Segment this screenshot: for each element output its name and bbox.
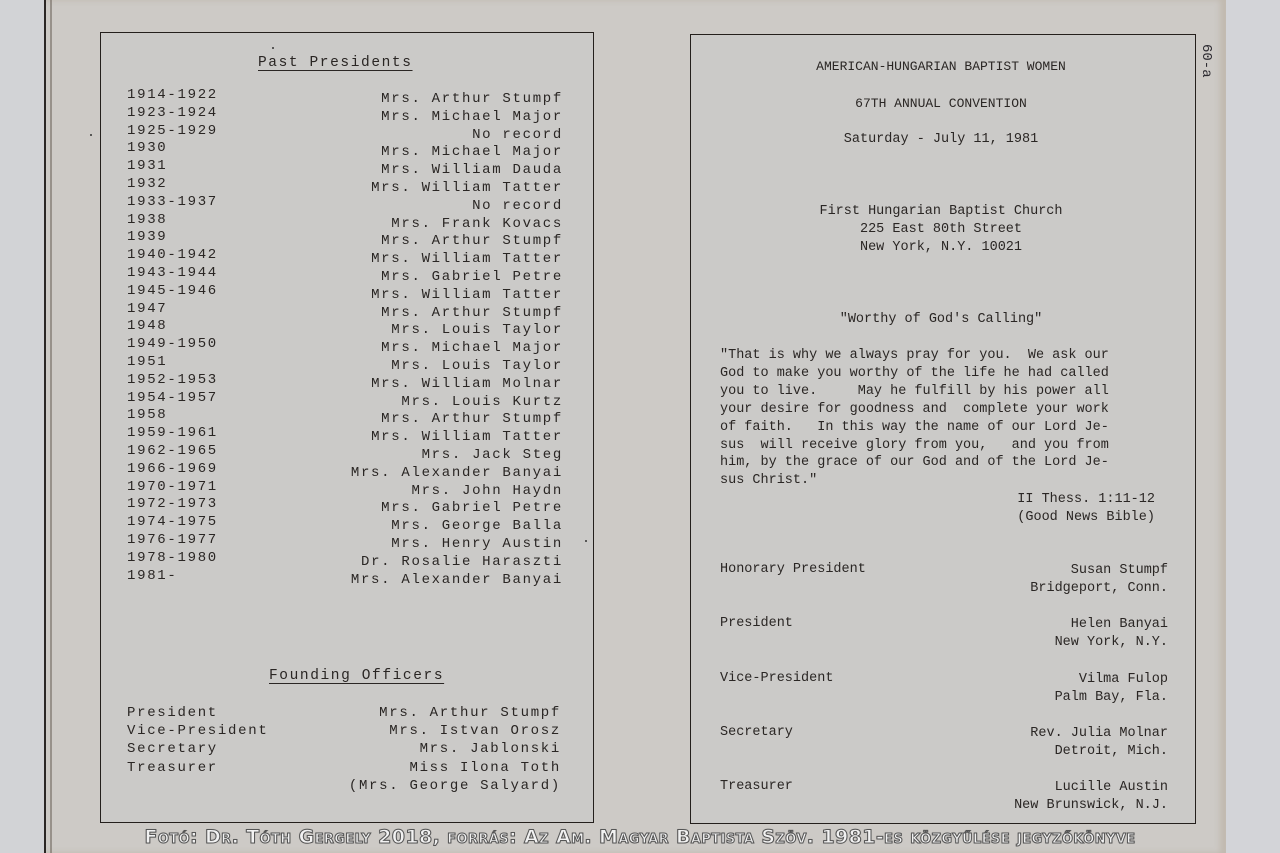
photo-credit-caption: Fotó: Dr. Tóth Gergely 2018, forrás: Az … xyxy=(0,826,1280,848)
president-name: No record xyxy=(472,127,563,143)
president-name: Mrs. Michael Major xyxy=(381,340,563,356)
officer-name: Susan Stumpf xyxy=(1030,562,1168,580)
officer-location: Bridgeport, Conn. xyxy=(1030,580,1168,598)
officer-name: Helen Banyai xyxy=(1055,616,1168,634)
president-name: Mrs. Louis Taylor xyxy=(391,358,563,374)
officer-name: Rev. Julia Molnar xyxy=(1030,725,1168,743)
term-years: 1978-1980 xyxy=(127,550,218,566)
paper-speck xyxy=(585,540,587,542)
term-years: 1945-1946 xyxy=(127,283,218,299)
page-number: 60-a xyxy=(1198,44,1214,78)
officer-entry: Vice-PresidentVilma FulopPalm Bay, Fla. xyxy=(720,671,1160,725)
organization-title: AMERICAN-HUNGARIAN BAPTIST WOMEN xyxy=(691,59,1191,74)
officer-location: Detroit, Mich. xyxy=(1030,743,1168,761)
officer-name: Miss Ilona Toth xyxy=(409,760,561,776)
founding-officer-row: TreasurerMiss Ilona Toth xyxy=(127,760,561,778)
sheet-edge-line xyxy=(50,0,52,853)
term-years: 1951 xyxy=(127,354,167,370)
term-years: 1932 xyxy=(127,176,167,192)
officer-name: Vilma Fulop xyxy=(1055,671,1168,689)
term-years: 1981- xyxy=(127,568,178,584)
president-name: Mrs. Louis Kurtz xyxy=(401,394,563,410)
term-years: 1972-1973 xyxy=(127,496,218,512)
scripture-line: you to live. May he fulfill by his power… xyxy=(720,383,1160,401)
term-years: 1943-1944 xyxy=(127,265,218,281)
scripture-line: sus will receive glory from you, and you… xyxy=(720,437,1160,455)
past-president-row: 1930Mrs. Michael Major xyxy=(127,144,563,162)
left-panel: Past Presidents 1914-1922Mrs. Arthur Stu… xyxy=(100,32,594,823)
past-president-row: 1978-1980Dr. Rosalie Haraszti xyxy=(127,554,563,572)
founding-officer-row: SecretaryMrs. Jablonski xyxy=(127,741,561,759)
officer-entry: Honorary PresidentSusan StumpfBridgeport… xyxy=(720,562,1160,616)
paper-speck xyxy=(272,47,274,49)
past-president-row: 1947Mrs. Arthur Stumpf xyxy=(127,305,563,323)
term-years: 1949-1950 xyxy=(127,336,218,352)
term-years: 1959-1961 xyxy=(127,425,218,441)
term-years: 1966-1969 xyxy=(127,461,218,477)
right-panel: AMERICAN-HUNGARIAN BAPTIST WOMEN 67TH AN… xyxy=(690,34,1196,824)
officer-name: Lucille Austin xyxy=(1014,779,1168,797)
president-name: Mrs. Arthur Stumpf xyxy=(381,305,563,321)
president-name: Mrs. William Dauda xyxy=(381,162,563,178)
president-name: Mrs. Gabriel Petre xyxy=(381,269,563,285)
officer-title: Secretary xyxy=(127,741,218,757)
past-president-row: 1938Mrs. Frank Kovacs xyxy=(127,216,563,234)
officer-title: Vice-President xyxy=(127,723,268,739)
venue-name: First Hungarian Baptist Church xyxy=(691,204,1191,222)
founding-officer-row: Vice-PresidentMrs. Istvan Orosz xyxy=(127,723,561,741)
officer-info: Lucille AustinNew Brunswick, N.J. xyxy=(1014,779,1168,815)
president-name: Mrs. William Tatter xyxy=(371,287,563,303)
officer-info: Rev. Julia MolnarDetroit, Mich. xyxy=(1030,725,1168,761)
president-name: Mrs. Arthur Stumpf xyxy=(381,91,563,107)
term-years: 1925-1929 xyxy=(127,123,218,139)
president-name: Dr. Rosalie Haraszti xyxy=(361,554,563,570)
officer-name: Mrs. Jablonski xyxy=(420,741,561,757)
president-name: Mrs. William Tatter xyxy=(371,429,563,445)
officer-title: Treasurer xyxy=(127,760,218,776)
citation-reference: II Thess. 1:11-12 xyxy=(1017,491,1155,509)
president-name: Mrs. Arthur Stumpf xyxy=(381,411,563,427)
officer-location: New Brunswick, N.J. xyxy=(1014,797,1168,815)
scripture-quote: "That is why we always pray for you. We … xyxy=(720,347,1160,490)
officer-info: Vilma FulopPalm Bay, Fla. xyxy=(1055,671,1168,707)
founding-officer-row: PresidentMrs. Arthur Stumpf xyxy=(127,705,561,723)
term-years: 1923-1924 xyxy=(127,105,218,121)
president-name: Mrs. Michael Major xyxy=(381,144,563,160)
president-name: Mrs. George Balla xyxy=(391,518,563,534)
president-name: Mrs. Alexander Banyai xyxy=(351,465,563,481)
term-years: 1952-1953 xyxy=(127,372,218,388)
founding-officers-list: PresidentMrs. Arthur StumpfVice-Presiden… xyxy=(127,705,561,796)
president-name: Mrs. Louis Taylor xyxy=(391,322,563,338)
term-years: 1947 xyxy=(127,301,167,317)
term-years: 1940-1942 xyxy=(127,247,218,263)
officer-name: (Mrs. George Salyard) xyxy=(349,778,561,794)
scripture-citation: II Thess. 1:11-12 (Good News Bible) xyxy=(1017,491,1155,527)
term-years: 1970-1971 xyxy=(127,479,218,495)
term-years: 1931 xyxy=(127,158,167,174)
founding-officers-heading: Founding Officers xyxy=(269,668,444,684)
officer-entry: SecretaryRev. Julia MolnarDetroit, Mich. xyxy=(720,725,1160,779)
president-name: Mrs. Frank Kovacs xyxy=(391,216,563,232)
officer-title: President xyxy=(127,705,218,721)
officer-role: Treasurer xyxy=(720,779,793,794)
officer-role: Secretary xyxy=(720,725,793,740)
past-president-row: 1945-1946Mrs. William Tatter xyxy=(127,287,563,305)
officer-role: Vice-President xyxy=(720,671,833,686)
background-left xyxy=(0,0,44,853)
officer-name: Mrs. Istvan Orosz xyxy=(389,723,561,739)
past-president-row: 1925-1929No record xyxy=(127,127,563,145)
officer-role: Honorary President xyxy=(720,562,866,577)
venue-city: New York, N.Y. 10021 xyxy=(691,240,1191,258)
term-years: 1933-1937 xyxy=(127,194,218,210)
background-right xyxy=(1220,0,1280,853)
term-years: 1954-1957 xyxy=(127,390,218,406)
president-name: Mrs. John Haydn xyxy=(411,483,563,499)
term-years: 1976-1977 xyxy=(127,532,218,548)
founding-officer-row: (Mrs. George Salyard) xyxy=(127,778,561,796)
term-years: 1962-1965 xyxy=(127,443,218,459)
scripture-line: "That is why we always pray for you. We … xyxy=(720,347,1160,365)
past-presidents-heading: Past Presidents xyxy=(258,55,413,71)
officer-name: Mrs. Arthur Stumpf xyxy=(379,705,561,721)
president-name: Mrs. William Tatter xyxy=(371,180,563,196)
past-president-row: 1981-Mrs. Alexander Banyai xyxy=(127,572,563,590)
officer-location: Palm Bay, Fla. xyxy=(1055,689,1168,707)
past-president-row: 1954-1957Mrs. Louis Kurtz xyxy=(127,394,563,412)
scripture-line: your desire for goodness and complete yo… xyxy=(720,401,1160,419)
convention-theme: "Worthy of God's Calling" xyxy=(691,312,1191,327)
president-name: Mrs. Gabriel Petre xyxy=(381,500,563,516)
president-name: Mrs. Arthur Stumpf xyxy=(381,233,563,249)
past-presidents-list: 1914-1922Mrs. Arthur Stumpf1923-1924Mrs.… xyxy=(127,91,563,589)
officer-role: President xyxy=(720,616,793,631)
convention-title: 67TH ANNUAL CONVENTION xyxy=(691,96,1191,111)
scripture-line: him, by the grace of our God and of the … xyxy=(720,454,1160,472)
venue-address: First Hungarian Baptist Church 225 East … xyxy=(691,204,1191,258)
paper-speck xyxy=(90,134,92,136)
venue-street: 225 East 80th Street xyxy=(691,222,1191,240)
officer-entry: PresidentHelen BanyaiNew York, N.Y. xyxy=(720,616,1160,670)
scripture-line: God to make you worthy of the life he ha… xyxy=(720,365,1160,383)
past-president-row: 1933-1937No record xyxy=(127,198,563,216)
current-officers-list: Honorary PresidentSusan StumpfBridgeport… xyxy=(720,562,1160,833)
officer-info: Helen BanyaiNew York, N.Y. xyxy=(1055,616,1168,652)
scripture-line: sus Christ." xyxy=(720,472,1160,490)
term-years: 1914-1922 xyxy=(127,87,218,103)
past-president-row: 1931Mrs. William Dauda xyxy=(127,162,563,180)
officer-info: Susan StumpfBridgeport, Conn. xyxy=(1030,562,1168,598)
president-name: Mrs. William Tatter xyxy=(371,251,563,267)
term-years: 1930 xyxy=(127,140,167,156)
president-name: Mrs. Jack Steg xyxy=(422,447,563,463)
president-name: Mrs. William Molnar xyxy=(371,376,563,392)
term-years: 1948 xyxy=(127,318,167,334)
president-name: No record xyxy=(472,198,563,214)
officer-location: New York, N.Y. xyxy=(1055,634,1168,652)
convention-date: Saturday - July 11, 1981 xyxy=(691,132,1191,147)
president-name: Mrs. Michael Major xyxy=(381,109,563,125)
scripture-line: of faith. In this way the name of our Lo… xyxy=(720,419,1160,437)
term-years: 1958 xyxy=(127,407,167,423)
president-name: Mrs. Henry Austin xyxy=(391,536,563,552)
president-name: Mrs. Alexander Banyai xyxy=(351,572,563,588)
past-president-row: 1949-1950Mrs. Michael Major xyxy=(127,340,563,358)
term-years: 1939 xyxy=(127,229,167,245)
citation-version: (Good News Bible) xyxy=(1017,509,1155,527)
term-years: 1938 xyxy=(127,212,167,228)
term-years: 1974-1975 xyxy=(127,514,218,530)
